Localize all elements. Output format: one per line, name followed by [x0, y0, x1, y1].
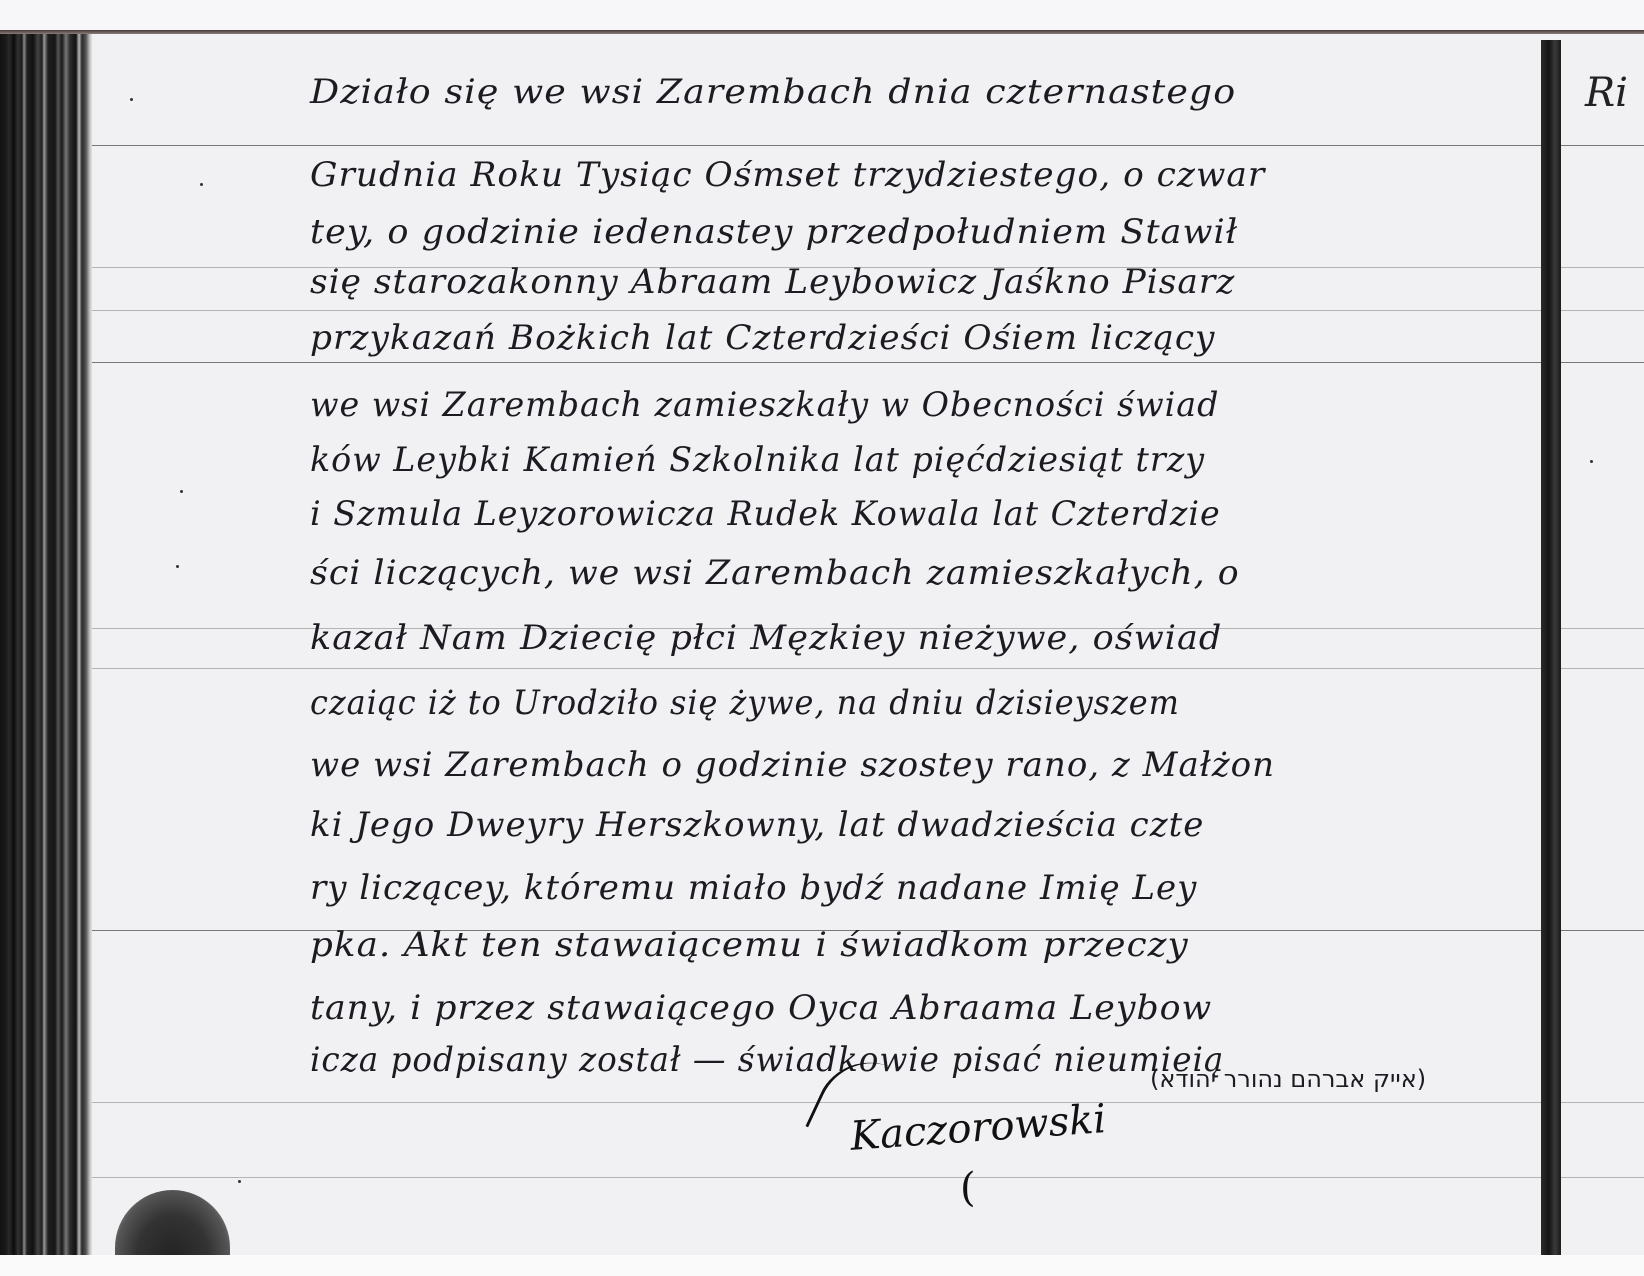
margin-rule: [1541, 40, 1561, 1255]
text-line: tany, i przez stawaiącego Oyca Abraama L…: [310, 988, 1212, 1028]
text-line: icza podpisany został — świadkowie pisać…: [310, 1040, 1224, 1080]
document-page: Ri Działo się we wsi Zarembach dnia czte…: [0, 0, 1644, 1276]
page-top-edge: [0, 30, 1644, 34]
text-line: Grudnia Roku Tysiąc Ośmset trzydziestego…: [310, 155, 1265, 195]
ruled-line: [92, 362, 1644, 363]
signature-paren: (: [960, 1165, 976, 1211]
text-line: się starozakonny Abraam Leybowicz Jaśkno…: [310, 262, 1235, 302]
text-line: kazał Nam Dziecię płci Męzkiey nieżywe, …: [310, 618, 1222, 658]
text-line: ki Jego Dweyry Herszkowny, lat dwadzieśc…: [310, 805, 1204, 845]
text-line: tey, o godzinie iedenastey przedpołudnie…: [310, 212, 1238, 252]
text-line: czaiąc iż to Urodziło się żywe, na dniu …: [310, 683, 1180, 723]
book-binding-shadow: [0, 34, 92, 1256]
scan-speck: [238, 1180, 241, 1183]
text-line: ści liczących, we wsi Zarembach zamieszk…: [310, 553, 1240, 593]
text-line: we wsi Zarembach o godzinie szostey rano…: [310, 745, 1275, 785]
scan-speck: [1590, 460, 1593, 463]
scan-speck: [200, 183, 203, 186]
scan-speck: [180, 490, 183, 493]
text-line: we wsi Zarembach zamieszkały w Obecności…: [310, 385, 1219, 425]
top-margin: [0, 0, 1644, 30]
bottom-margin: [0, 1255, 1644, 1276]
ruled-line: [92, 668, 1644, 669]
hebrew-signature: (אייק אברהם נהורר יהודא): [1150, 1065, 1426, 1093]
ruled-line: [92, 145, 1644, 146]
ruled-line: [92, 310, 1644, 311]
text-line: ry liczącey, któremu miało bydź nadane I…: [310, 868, 1197, 908]
ruled-line: [92, 1177, 1644, 1178]
text-line: przykazań Bożkich lat Czterdzieści Ośiem…: [310, 318, 1215, 358]
text-line: i Szmula Leyzorowicza Rudek Kowala lat C…: [310, 494, 1221, 534]
text-line: Działo się we wsi Zarembach dnia czterna…: [310, 72, 1236, 112]
text-line: ków Leybki Kamień Szkolnika lat pięćdzie…: [310, 440, 1205, 480]
margin-note: Ri: [1585, 70, 1628, 116]
scan-speck: [130, 98, 133, 101]
scan-speck: [176, 565, 179, 568]
text-line: pka. Akt ten stawaiącemu i świadkom prze…: [310, 925, 1189, 965]
